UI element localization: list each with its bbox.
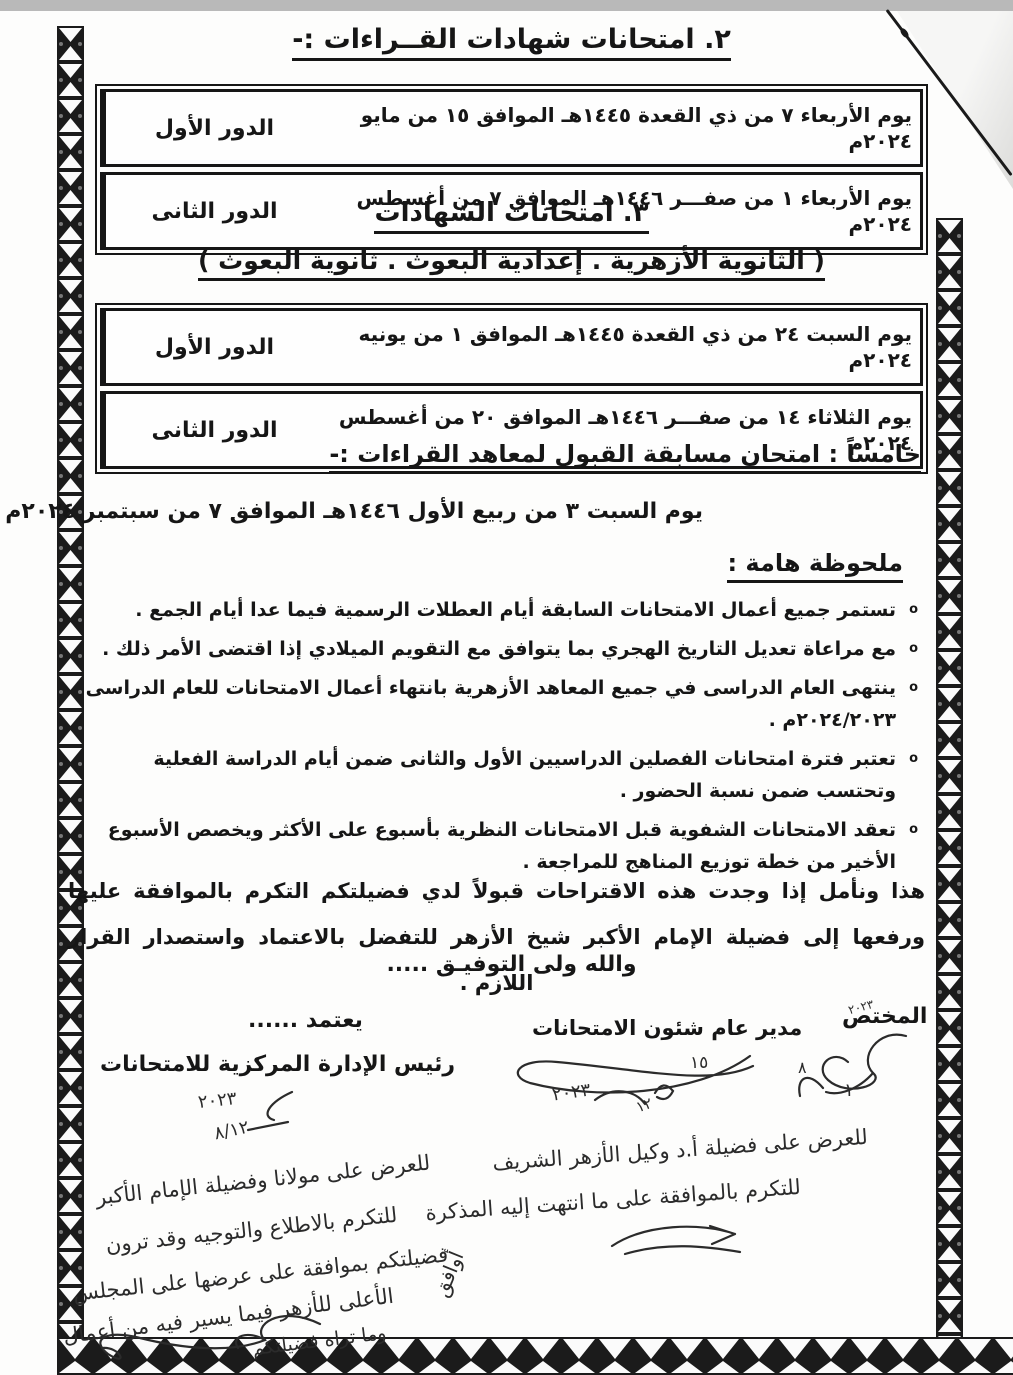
first-round-label: الدور الأول xyxy=(103,311,323,383)
bullet-icon: o xyxy=(909,594,918,626)
note-text: ينتهى العام الدراسى في جميع المعاهد الأز… xyxy=(78,672,896,736)
first-round-date: يوم الأربعاء ٧ من ذي القعدة ١٤٤٥هـ الموا… xyxy=(323,92,920,164)
director-signature-scribble xyxy=(495,1038,770,1123)
list-item: o تستمر جميع أعمال الامتحانات السابقة أي… xyxy=(78,594,918,626)
note-text: مع مراعاة تعديل التاريخ الهجري بما يتواف… xyxy=(102,633,896,665)
section3-title: ٣. امتحانات الشهادات xyxy=(95,198,928,234)
bullet-icon: o xyxy=(909,743,918,775)
section2-title-text: ٢. امتحانات شهادات القــراءات :- xyxy=(292,24,731,61)
second-round-label: الدور الثانى xyxy=(103,394,323,466)
scanned-document-page: ٢. امتحانات شهادات القــراءات :- يوم الأ… xyxy=(0,0,1013,1375)
section5-date: يوم السبت ٣ من ربيع الأول ١٤٤٦هـ الموافق… xyxy=(0,499,703,524)
scanner-edge-bar xyxy=(0,0,1013,11)
handwritten-mark: ٨ xyxy=(798,1058,807,1077)
table-row: يوم السبت ٢٤ من ذي القعدة ١٤٤٥هـ الموافق… xyxy=(100,308,923,386)
section3-subtitle-text: ( الثانوية الأزهرية . إعدادية البعوث . ث… xyxy=(198,246,825,281)
handwritten-mark: ١٥ xyxy=(690,1053,708,1073)
right-ornament-border xyxy=(936,218,963,1337)
list-item: o ينتهى العام الدراسى في جميع المعاهد ال… xyxy=(78,672,918,736)
director-signature-label: مدير عام شئون الامتحانات xyxy=(532,1016,802,1040)
section3-title-text: ٣. امتحانات الشهادات xyxy=(374,198,648,234)
closing-paragraph: هذا ونأمل إذا وجدت هذه الاقتراحات قبولاً… xyxy=(68,868,925,1006)
bullet-icon: o xyxy=(909,814,918,846)
first-round-date: يوم السبت ٢٤ من ذي القعدة ١٤٤٥هـ الموافق… xyxy=(323,311,920,383)
section2-title: ٢. امتحانات شهادات القــراءات :- xyxy=(95,24,928,61)
list-item: o مع مراعاة تعديل التاريخ الهجري بما يتو… xyxy=(78,633,918,665)
chief-signature-label: رئيس الإدارة المركزية للامتحانات xyxy=(100,1052,455,1077)
handwritten-mark: ١ xyxy=(844,1080,854,1101)
list-item: o تعتبر فترة امتحانات الفصلين الدراسيين … xyxy=(78,743,918,807)
first-round-label: الدور الأول xyxy=(103,92,323,164)
note-text: تعتبر فترة امتحانات الفصلين الدراسيين ال… xyxy=(78,743,896,807)
chief-signature-scribble xyxy=(230,1086,310,1146)
bullet-icon: o xyxy=(909,672,918,704)
section5-title: خامساً : امتحان مسابقة القبول لمعاهد الق… xyxy=(329,440,921,474)
handwritten-note-signature xyxy=(600,1214,760,1264)
notes-list: o تستمر جميع أعمال الامتحانات السابقة أي… xyxy=(78,594,918,885)
approval-label: يعتمد ...... xyxy=(248,1008,363,1033)
bullet-icon: o xyxy=(909,633,918,665)
important-note-title: ملحوظة هامة : xyxy=(727,549,903,583)
note-text: تستمر جميع أعمال الامتحانات السابقة أيام… xyxy=(135,594,896,626)
important-note-title-text: ملحوظة هامة : xyxy=(727,549,903,583)
handwritten-note-line: للعرض على فضيلة أ.د وكيل الأزهر الشريف xyxy=(492,1125,869,1175)
section5-title-text: خامساً : امتحان مسابقة القبول لمعاهد الق… xyxy=(329,440,921,474)
table-row: يوم الأربعاء ٧ من ذي القعدة ١٤٤٥هـ الموا… xyxy=(100,89,923,167)
bottom-signature-flourish xyxy=(80,1296,330,1366)
handwritten-note-line: للعرض على مولانا وفضيلة الإمام الأكبر xyxy=(95,1151,432,1210)
closing-blessing: والله ولى التوفيـق ..... xyxy=(95,952,928,977)
section3-subtitle: ( الثانوية الأزهرية . إعدادية البعوث . ث… xyxy=(95,246,928,281)
handwritten-note-line: للتكرم بالاطلاع والتوجيه وقد ترون xyxy=(105,1203,399,1257)
